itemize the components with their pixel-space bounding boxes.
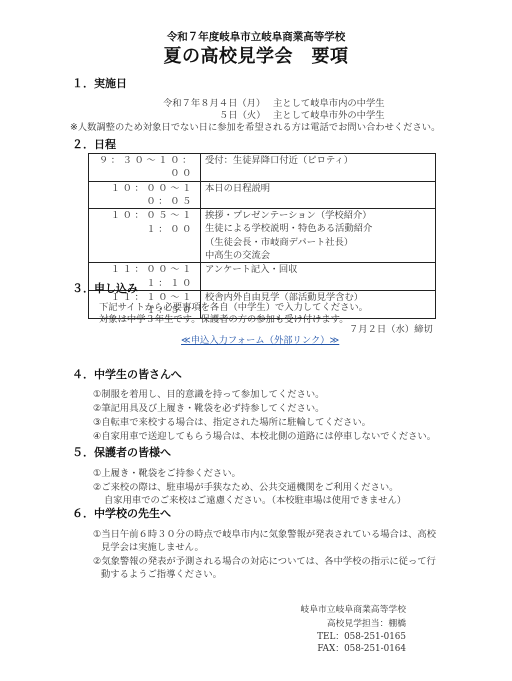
guardians-item-1: ①上履き・靴袋をご持参ください。 — [93, 465, 241, 479]
schedule-row: １１：００～１１：１０ アンケート記入・回収 — [89, 263, 436, 291]
guardians-item-2-cont: 自家用車でのご来校はご遠慮ください。（本校駐車場は使用できません） — [104, 492, 406, 506]
students-item-1: ①制服を着用し、目的意識を持って参加してください。 — [93, 386, 324, 400]
schedule-time: １０：００～１０：０５ — [89, 181, 201, 209]
schedule-table: ９：３０～１０：００ 受付：生徒昇降口付近（ピロティ） １０：００～１０：０５ … — [88, 153, 436, 319]
section-heading-students: ４．中学生の皆さんへ — [72, 366, 182, 382]
section-heading-teachers: ６．中学校の先生へ — [72, 505, 171, 521]
schedule-time: １０：０５～１１：００ — [89, 209, 201, 263]
students-item-2: ②筆記用具及び上履き・靴袋を必ず持参してください。 — [93, 400, 324, 414]
application-form-link[interactable]: ≪申込入力フォーム（外部リンク）≫ — [181, 332, 339, 346]
dates-note: ※人数調整のため対象日でない日に参加を希望される方は電話でお問い合わせください。 — [70, 119, 440, 133]
section-heading-guardians: ５．保護者の皆様へ — [72, 444, 171, 460]
guardians-item-2: ②ご来校の際は、駐車場が手狭なため、公共交通機関をご利用ください。 — [93, 479, 398, 493]
schedule-activity: アンケート記入・回収 — [201, 263, 436, 291]
teachers-item-1: ①当日午前６時３０分の時点で岐阜市内に気象警報が発表されている場合は、高校 — [93, 526, 436, 540]
schedule-activity-line: （生徒会長・市岐商デパート社長） — [205, 236, 431, 249]
section-heading-schedule: ２．日程 — [72, 136, 116, 152]
students-item-3: ③自転車で来校する場合は、指定された場所に駐輪してください。 — [93, 414, 371, 428]
teachers-item-1-cont: 見学会は実施しません。 — [101, 539, 204, 553]
application-deadline: ７月２日（水）締切 — [349, 321, 433, 335]
schedule-time-text: １０：０５～１１：００ — [111, 210, 194, 234]
teachers-item-2-cont: 動するようご指導ください。 — [101, 566, 222, 580]
page-title: 夏の高校見学会 要項 — [0, 42, 512, 68]
contact-fax: FAX：058-251-0164 — [317, 641, 406, 654]
schedule-row: １０：００～１０：０５ 本日の日程説明 — [89, 181, 436, 209]
schedule-activity: 受付：生徒昇降口付近（ピロティ） — [201, 154, 436, 182]
schedule-activity-line: 中高生の交流会 — [205, 249, 431, 262]
application-line-2: 対象は中学３年生です。保護者の方の参加も受け付けます。 — [99, 311, 349, 325]
contact-person: 高校見学担当：棚橋 — [327, 616, 406, 629]
schedule-row: ９：３０～１０：００ 受付：生徒昇降口付近（ピロティ） — [89, 154, 436, 182]
schedule-time: ９：３０～１０：００ — [89, 154, 201, 182]
schedule-activity-line: 挨拶・プレゼンテーション（学校紹介） — [205, 209, 431, 222]
section-heading-application: ３．申し込み — [72, 280, 138, 296]
students-item-4: ④自家用車で送迎してもらう場合は、本校北側の道路には停車しないでください。 — [93, 428, 436, 442]
schedule-row: １０：０５～１１：００ 挨拶・プレゼンテーション（学校紹介） 生徒による学校説明… — [89, 209, 436, 263]
schedule-activity-line: 生徒による学校説明・特色ある活動紹介 — [205, 222, 431, 235]
section-heading-dates: １．実施日 — [72, 75, 127, 91]
teachers-item-2: ②気象警報の発表が予測される場合の対応については、各中学校の指示に従って行 — [93, 553, 436, 567]
schedule-activity: 本日の日程説明 — [201, 181, 436, 209]
schedule-activity: 挨拶・プレゼンテーション（学校紹介） 生徒による学校説明・特色ある活動紹介 （生… — [201, 209, 436, 263]
contact-school: 岐阜市立岐阜商業高等学校 — [300, 602, 406, 615]
